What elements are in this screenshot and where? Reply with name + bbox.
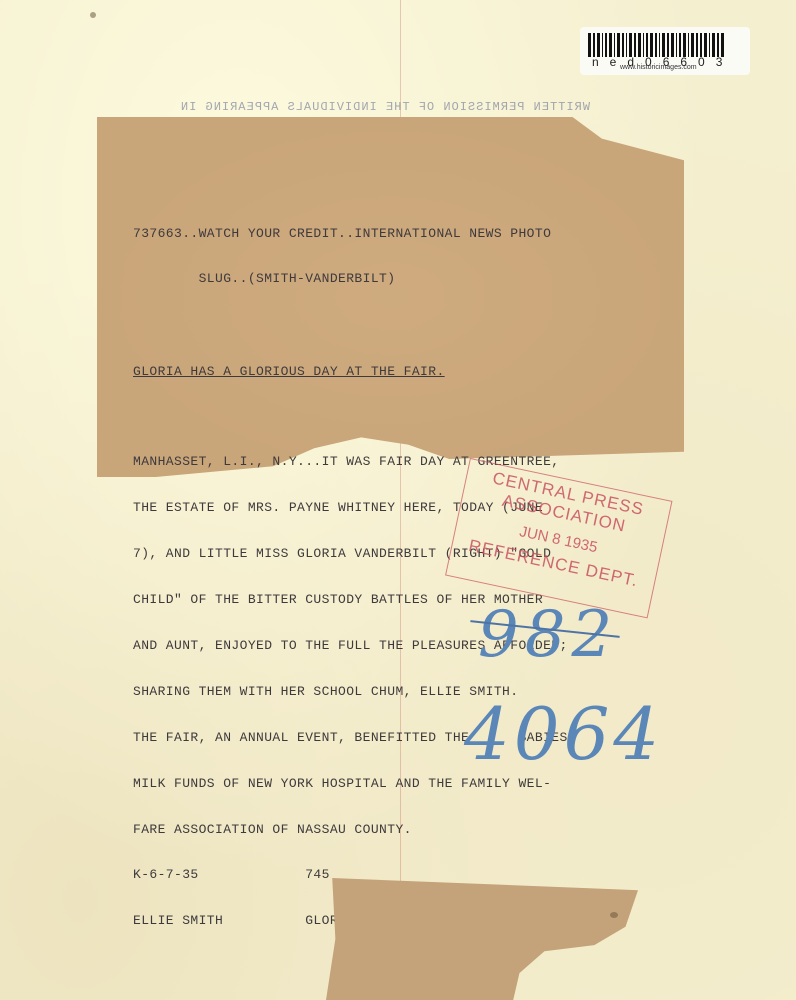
tape-stain — [326, 878, 638, 1000]
barcode-label: ned06603 www.historicimages.com — [580, 27, 750, 75]
clipping-dateline: K-6-7-35 745 — [133, 867, 673, 882]
paper-spot — [90, 12, 96, 18]
clipping-headline: GLORIA HAS A GLORIOUS DAY AT THE FAIR. — [133, 364, 673, 379]
clipping-header-line-2: SLUG..(SMITH-VANDERBILT) — [133, 271, 673, 286]
bleed-through-text: WRITTEN PERMISSION OF THE INDIVIDUALS AP… — [150, 100, 590, 114]
clipping-body-line: FARE ASSOCIATION OF NASSAU COUNTY. — [133, 822, 673, 837]
barcode-bars — [588, 33, 742, 57]
bleed-through-line-1: WRITTEN PERMISSION OF THE INDIVIDUALS AP… — [150, 100, 590, 114]
clipping-header-line-1: 737663..WATCH YOUR CREDIT..INTERNATIONAL… — [133, 226, 673, 241]
barcode-website: www.historicimages.com — [620, 64, 697, 71]
clipping-body-line: MANHASSET, L.I., N.Y...IT WAS FAIR DAY A… — [133, 454, 673, 469]
clipping-body-line: MILK FUNDS OF NEW YORK HOSPITAL AND THE … — [133, 776, 673, 791]
handwritten-number: 4064 — [464, 692, 663, 776]
paper-spot — [610, 912, 618, 918]
